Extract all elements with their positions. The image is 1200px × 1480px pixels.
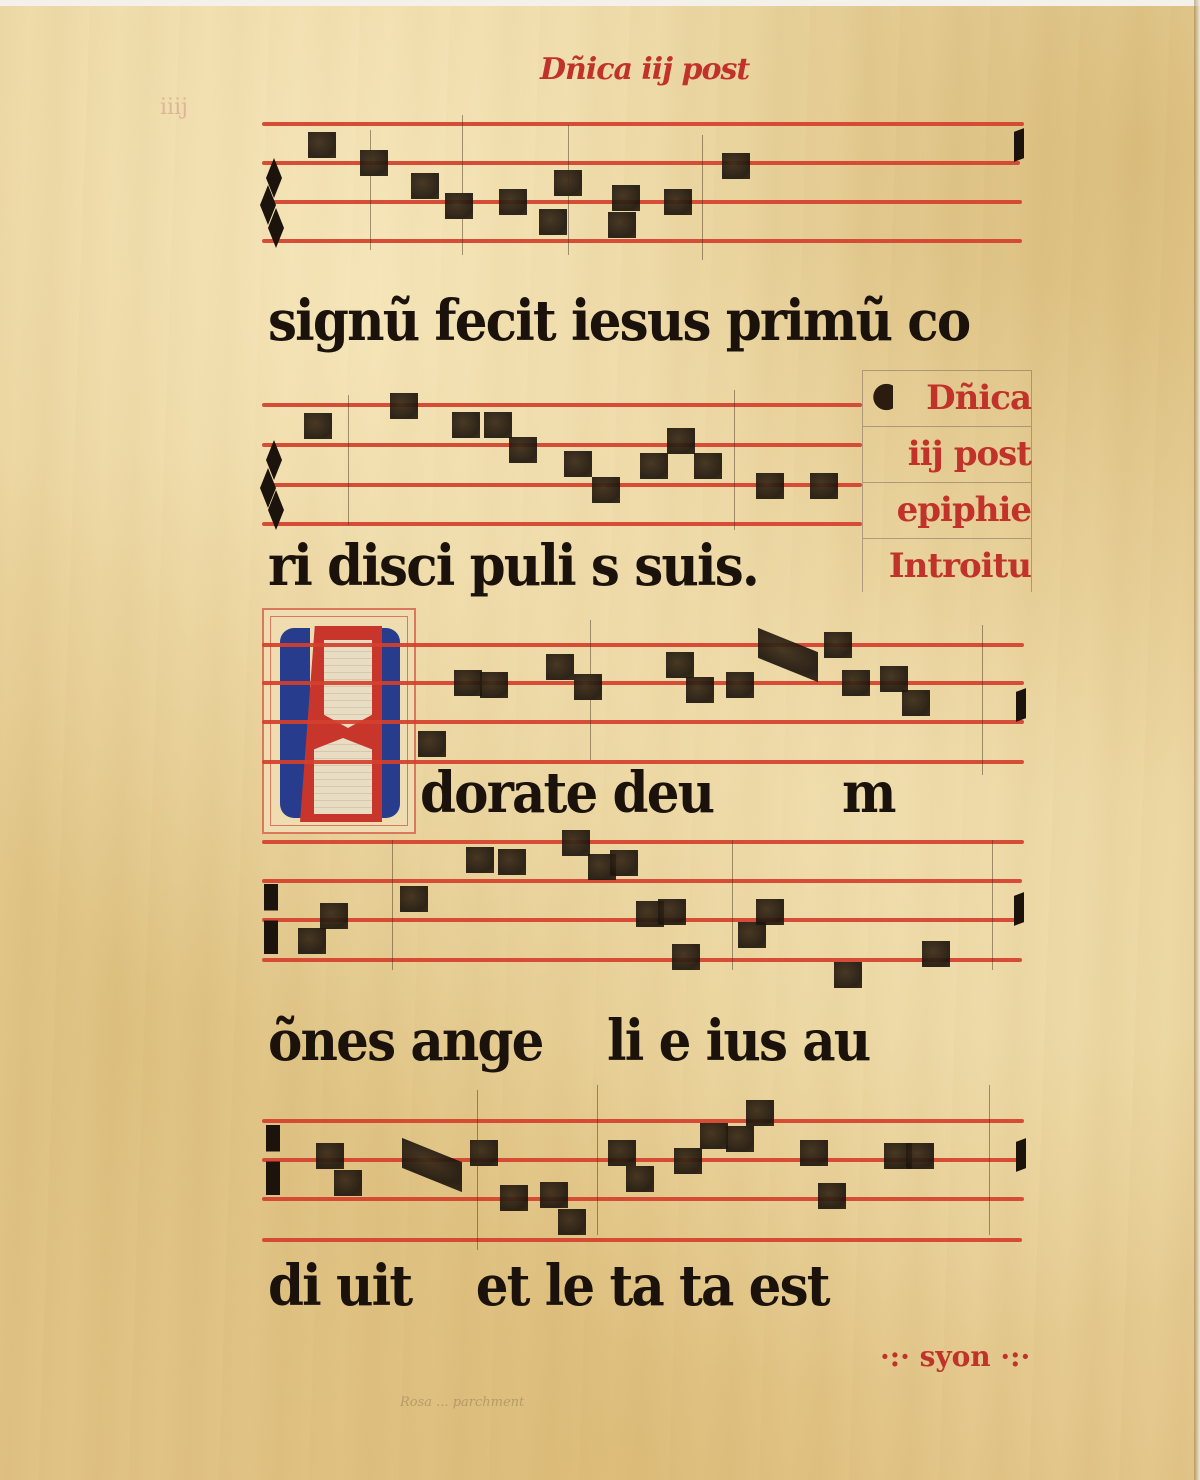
custos-icon (1016, 1138, 1026, 1172)
neume-note (902, 690, 930, 716)
neume-note (674, 1148, 702, 1174)
neume-note (470, 1140, 498, 1166)
lyric-line-1: signũ fecit iesus primũ co (268, 288, 969, 354)
neume-note (418, 731, 446, 757)
neume-note (509, 437, 537, 463)
neume-note (906, 1143, 934, 1169)
staff-line (262, 443, 862, 447)
neume-note (880, 666, 908, 692)
division-bar (597, 1085, 598, 1235)
neume-note (738, 922, 766, 948)
staff-line (262, 958, 1022, 962)
rubric-line-2: iij post (863, 426, 1031, 482)
neume-note (694, 453, 722, 479)
catchword: ·:· syon ·:· (880, 1340, 1030, 1373)
division-bar (477, 1090, 478, 1250)
neume-note (304, 413, 332, 439)
lyric-line-3: dorate deu m (420, 760, 895, 826)
neume-note (480, 672, 508, 698)
neume-note (592, 477, 620, 503)
neume-note (810, 473, 838, 499)
division-bar (992, 840, 993, 970)
neume-note (390, 393, 418, 419)
division-bar (392, 840, 393, 970)
staff-line (262, 643, 1024, 647)
neume-note (298, 928, 326, 954)
neume-note (320, 903, 348, 929)
neume-note (484, 412, 512, 438)
custos-icon (1014, 128, 1024, 162)
neume-note (726, 672, 754, 698)
neume-note (454, 670, 482, 696)
rubric-box: Dñica iij post epiphie Introitu (862, 370, 1032, 592)
neume-note (722, 153, 750, 179)
staff-line (262, 522, 862, 526)
faint-folio-mark: iiij (160, 95, 188, 120)
rubric-line-3: epiphie (863, 482, 1031, 538)
neume-note (666, 652, 694, 678)
staff-line (262, 1197, 1024, 1201)
neume-note (824, 632, 852, 658)
scan-right-edge (1194, 0, 1200, 1480)
initial-filigree-panel (314, 738, 372, 814)
neume-note (316, 1143, 344, 1169)
neume-note (498, 849, 526, 875)
neume-note (546, 654, 574, 680)
division-bar (568, 125, 569, 255)
neume-note (360, 150, 388, 176)
division-bar (702, 135, 703, 260)
division-bar (348, 395, 349, 525)
staff-5 (262, 0, 1030, 130)
custos-icon (1016, 688, 1026, 722)
division-bar (370, 130, 371, 250)
pencil-annotation: Rosa ... parchment (400, 1395, 524, 1410)
staff-line (262, 1119, 1024, 1123)
neume-note (746, 1100, 774, 1126)
neume-note (700, 1123, 728, 1149)
f-clef-icon (266, 1125, 280, 1195)
lyric-line-2: ri disci puli s suis. (268, 533, 758, 599)
f-clef-icon (264, 884, 278, 954)
neume-note (800, 1140, 828, 1166)
neume-note (756, 899, 784, 925)
rubric-line-4: Introitu (863, 538, 1031, 594)
lyric-line-4: õnes ange li e ius au (268, 1008, 869, 1074)
staff-line (262, 403, 862, 407)
neume-note (500, 1185, 528, 1211)
staff-line (262, 1238, 1022, 1242)
neume-note (574, 674, 602, 700)
division-bar (732, 840, 733, 970)
rubric-line-1: Dñica (863, 370, 1031, 426)
neume-note (558, 1209, 586, 1235)
division-bar (590, 620, 591, 760)
neume-note (564, 451, 592, 477)
neume-note (686, 677, 714, 703)
neume-note (308, 132, 336, 158)
neume-note (466, 847, 494, 873)
lyric-line-5: di uit et le ta ta est (268, 1253, 829, 1319)
division-bar (462, 115, 463, 255)
neume-note (922, 941, 950, 967)
neume-note (334, 1170, 362, 1196)
staff-line (262, 681, 1024, 685)
neume-note (411, 173, 439, 199)
neume-note (726, 1126, 754, 1152)
neume-note (640, 453, 668, 479)
neume-note (818, 1183, 846, 1209)
neume-note (445, 193, 473, 219)
custos-icon (1014, 892, 1024, 926)
staff-line (262, 239, 1022, 243)
staff-line (262, 720, 1024, 724)
neume-note (562, 830, 590, 856)
neume-note (658, 899, 686, 925)
division-bar (989, 1085, 990, 1235)
neume-note (667, 428, 695, 454)
neume-note (626, 1166, 654, 1192)
neume-note (612, 185, 640, 211)
neume-note (834, 962, 862, 988)
neume-note (842, 670, 870, 696)
neume-note (608, 212, 636, 238)
division-bar (734, 390, 735, 530)
neume-note (664, 189, 692, 215)
neume-note (540, 1182, 568, 1208)
neume-note (756, 473, 784, 499)
neume-note (672, 944, 700, 970)
neume-note (539, 209, 567, 235)
neume-note (499, 189, 527, 215)
neume-note (610, 850, 638, 876)
division-bar (982, 625, 983, 775)
staff-line (262, 879, 1022, 883)
neume-note (400, 886, 428, 912)
neume-note (608, 1140, 636, 1166)
neume-note (452, 412, 480, 438)
staff-line (262, 840, 1024, 844)
staff-line (262, 200, 1022, 204)
